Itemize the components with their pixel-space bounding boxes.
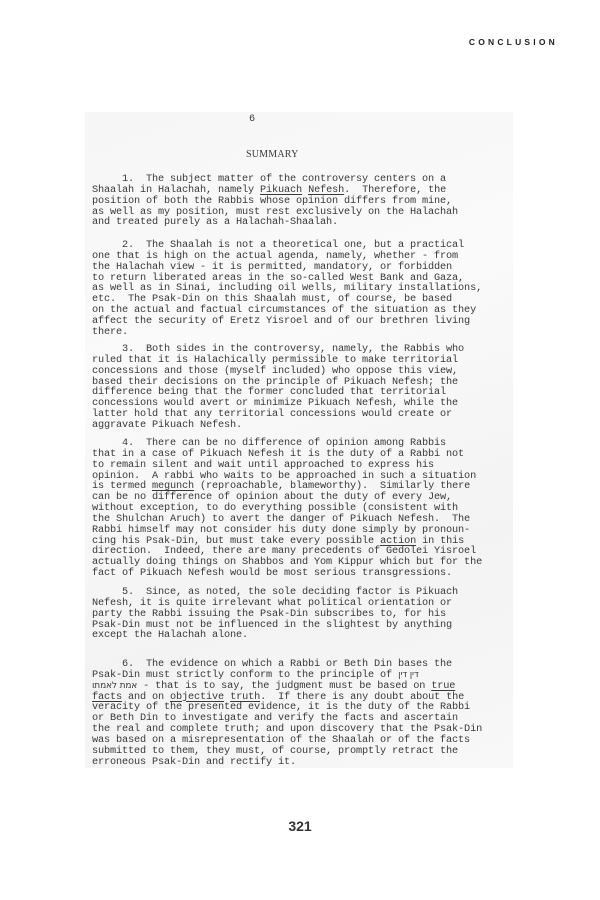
paragraph-5: 5. Since, as noted, the sole deciding fa… xyxy=(92,587,458,641)
chapter-number: 6 xyxy=(249,114,255,125)
text-line: affect the security of Eretz Yisroel and… xyxy=(92,316,482,327)
text-line: to remain silent and wait until approach… xyxy=(92,460,482,471)
underlined-term: true xyxy=(431,680,455,692)
paragraph-1: 1. The subject matter of the controversy… xyxy=(92,174,458,228)
paragraph-2: 2. The Shaalah is not a theoretical one,… xyxy=(92,240,482,338)
document-title: SUMMARY xyxy=(246,150,299,161)
text-line: submitted to them, they must, of course,… xyxy=(92,746,482,757)
text-line: and treated purely as a Halachah-Shaalah… xyxy=(92,217,458,228)
hebrew-phrase: דין דין xyxy=(398,670,419,680)
text-line: אמת לאמתו - that is to say, the judgment… xyxy=(92,681,482,692)
text-line: Rabbi himself may not consider his duty … xyxy=(92,525,482,536)
paragraph-3: 3. Both sides in the controversy, namely… xyxy=(92,344,464,431)
text-line: except the Halachah alone. xyxy=(92,630,458,641)
paragraph-6: 6. The evidence on which a Rabbi or Beth… xyxy=(92,659,482,767)
text-line: concessions and those (myself included) … xyxy=(92,366,464,377)
typed-document: 6 SUMMARY 1. The subject matter of the c… xyxy=(92,114,512,222)
text-line: fact of Pikuach Nefesh would be most ser… xyxy=(92,568,482,579)
hebrew-phrase: אמת לאמתו xyxy=(92,681,137,691)
text-line: party the Rabbi issuing the Psak-Din sub… xyxy=(92,609,458,620)
text-line: aggravate Pikuach Nefesh. xyxy=(92,420,464,431)
text-line: the Halachah view - it is permitted, man… xyxy=(92,262,482,273)
paragraph-4: 4. There can be no difference of opinion… xyxy=(92,438,482,579)
text-line: position of both the Rabbis whose opinio… xyxy=(92,196,458,207)
text-line: erroneous Psak-Din and rectify it. xyxy=(92,757,482,768)
text-line: there. xyxy=(92,327,482,338)
page-number: 321 xyxy=(0,818,600,834)
section-label: CONCLUSION xyxy=(469,37,558,47)
